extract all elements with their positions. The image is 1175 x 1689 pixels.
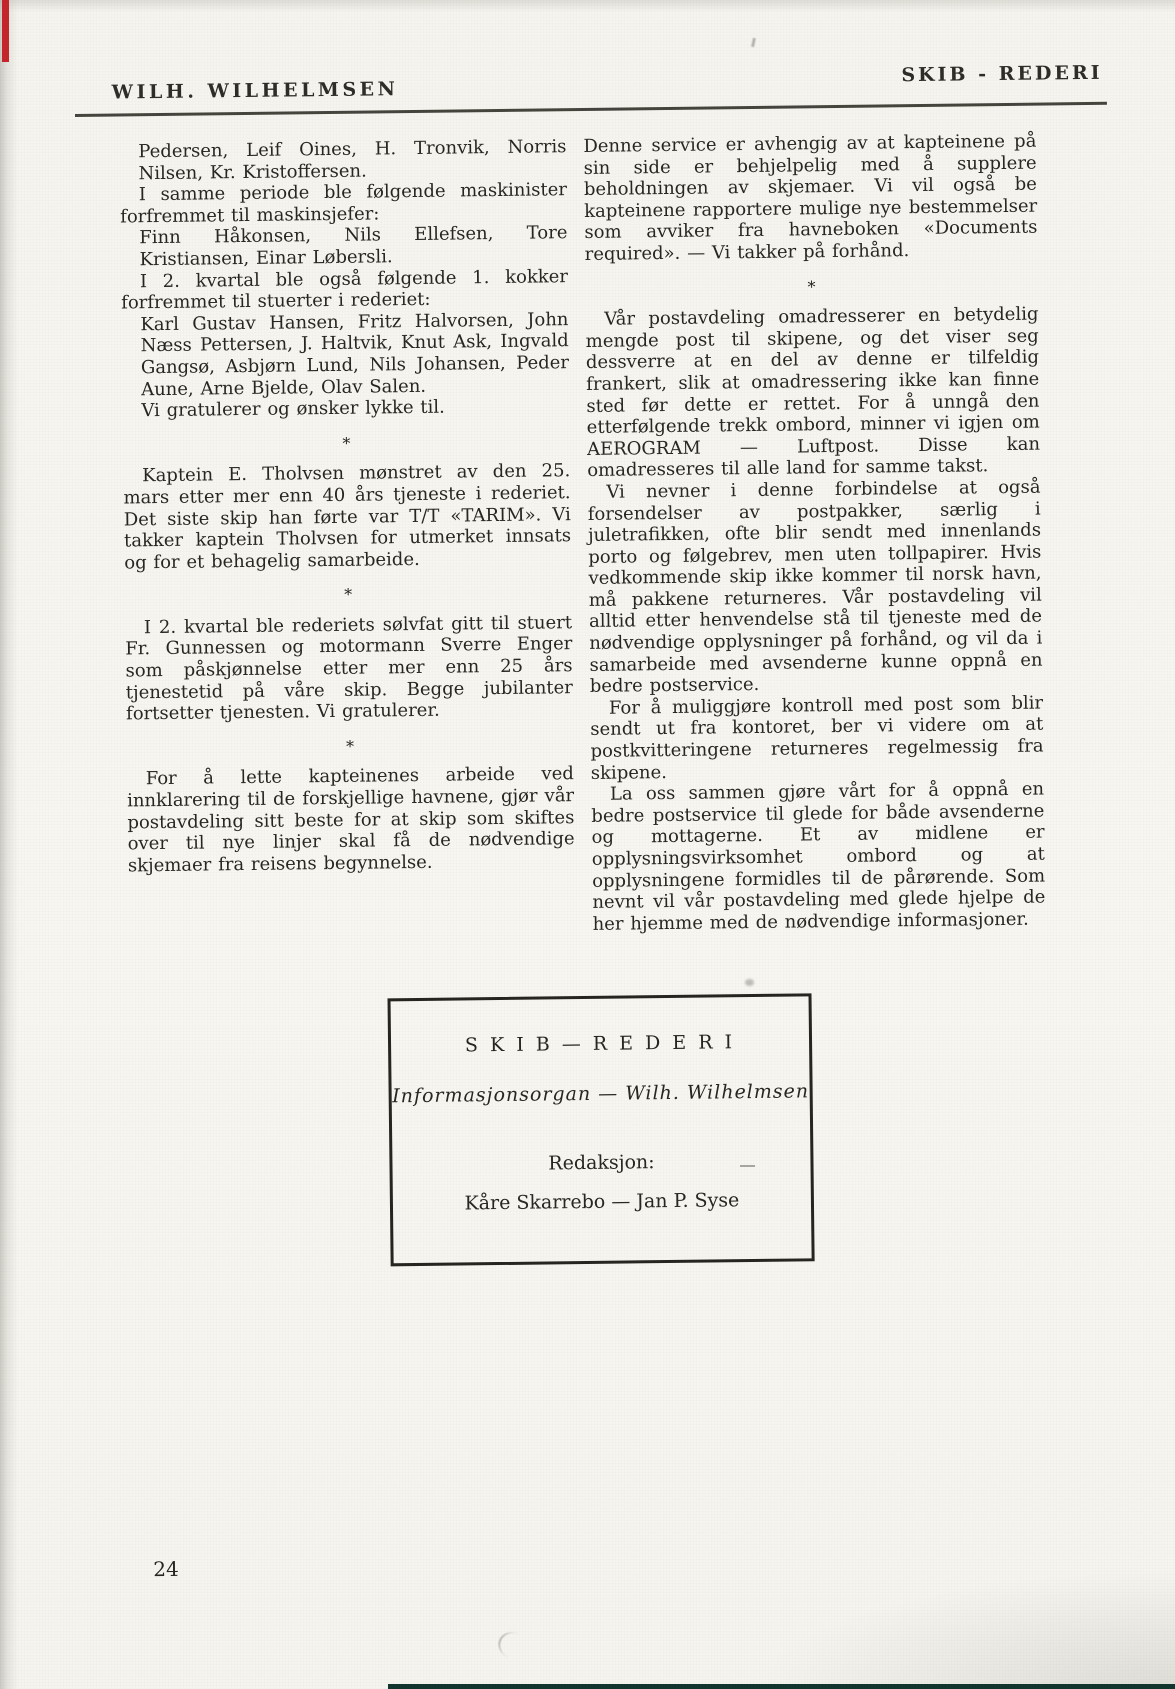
paragraph: For å lette kapteinenes arbeide ved innk…	[127, 764, 575, 877]
paragraph: For å muliggjøre kontroll med post som b…	[590, 692, 1044, 784]
paragraph: I samme periode ble følgende maskinister…	[120, 179, 567, 227]
paragraph-names: Pedersen, Leif Oines, H. Tronvik, Norris…	[119, 136, 566, 184]
asterisk-separator: *	[125, 581, 572, 608]
header-rule	[75, 102, 1107, 117]
editors-label: Redaksjon:	[392, 1149, 810, 1176]
asterisk-separator: *	[126, 733, 573, 760]
paragraph-names: Karl Gustav Hansen, Fritz Halvorsen, Joh…	[121, 309, 569, 401]
paragraph: La oss sammen gjøre vårt for å oppnå en …	[591, 779, 1046, 936]
scan-artifact-red-strip	[2, 0, 9, 62]
scan-smudge	[745, 979, 754, 986]
scanned-page: WILH. WILHELMSEN SKIB - REDERI Pedersen,…	[0, 0, 1175, 1689]
masthead-title: S K I B — R E D E R I	[391, 1030, 809, 1057]
editors-names: Kåre Skarrebo — Jan P. Syse	[393, 1188, 811, 1215]
scan-artifact-teal-strip	[388, 1684, 1175, 1689]
paragraph-names: Finn Håkonsen, Nils Ellefsen, Tore Krist…	[120, 223, 567, 271]
masthead-box: S K I B — R E D E R I Informasjonsorgan …	[388, 993, 815, 1266]
left-column: Pedersen, Leif Oines, H. Tronvik, Norris…	[119, 136, 575, 877]
scan-smudge	[740, 1165, 755, 1167]
asterisk-separator: *	[123, 430, 570, 457]
paragraph: Vi gratulerer og ønsker lykke til.	[122, 395, 569, 422]
page-number: 24	[153, 1557, 179, 1581]
page-content: WILH. WILHELMSEN SKIB - REDERI Pedersen,…	[0, 0, 1175, 1689]
masthead-subtitle: Informasjonsorgan — Wilh. Wilhelmsen	[392, 1080, 810, 1107]
paragraph: Denne service er avhengig av at kapteine…	[583, 131, 1038, 266]
paragraph: Vår postavdeling omadresserer en betydel…	[585, 304, 1040, 482]
paragraph: Kaptein E. Tholvsen mønstret av den 25. …	[123, 460, 571, 573]
right-column: Denne service er avhengig av at kapteine…	[583, 131, 1045, 936]
asterisk-separator: *	[585, 273, 1038, 300]
running-head-section: SKIB - REDERI	[901, 62, 1102, 86]
paragraph: Vi nevner i denne forbindelse at også fo…	[587, 476, 1043, 697]
running-head-company: WILH. WILHELMSEN	[112, 78, 399, 103]
paragraph: I 2. kvartal ble også følgende 1. kokker…	[121, 266, 568, 314]
paragraph: I 2. kvartal ble rederiets sølvfat gitt …	[125, 612, 573, 725]
